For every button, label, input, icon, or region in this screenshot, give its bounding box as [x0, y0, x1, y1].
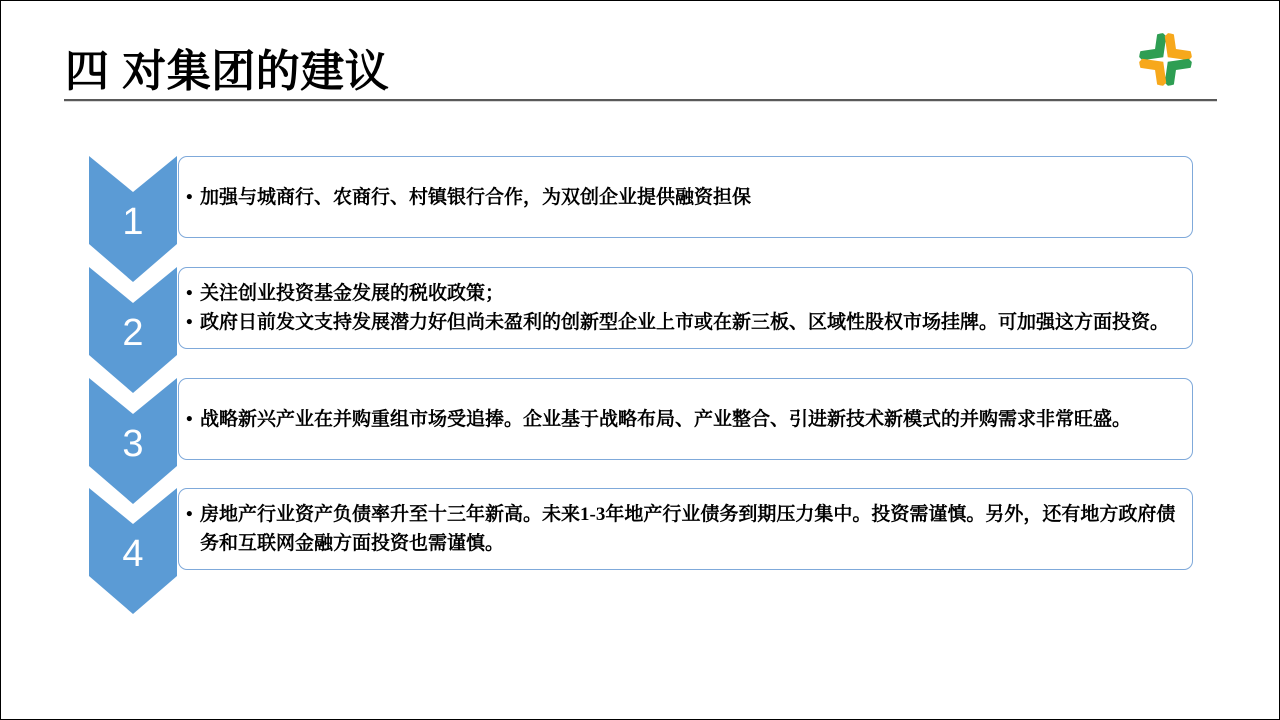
bullet-icon: • — [186, 500, 200, 529]
bullet-list: •战略新兴产业在并购重组市场受追捧。企业基于战略布局、产业整合、引进新技术新模式… — [186, 405, 1180, 434]
bullet-list: •加强与城商行、农商行、村镇银行合作，为双创企业提供融资担保 — [186, 183, 1180, 212]
presentation-slide: 四 对集团的建议 1 •加强与城商行、农商行、村镇银行合作，为双创企业提供融资担… — [0, 0, 1280, 720]
recommendation-box: •战略新兴产业在并购重组市场受追捧。企业基于战略布局、产业整合、引进新技术新模式… — [178, 378, 1193, 460]
bullet-line: •政府日前发文支持发展潜力好但尚未盈利的创新型企业上市或在新三板、区域性股权市场… — [186, 308, 1180, 337]
bullet-text: 房地产行业资产负债率升至十三年新高。未来1-3年地产行业债务到期压力集中。投资需… — [200, 500, 1180, 558]
step-chevron: 2 — [89, 267, 177, 393]
bullet-icon: • — [186, 405, 200, 434]
step-number: 3 — [89, 425, 177, 463]
step-chevron: 1 — [89, 156, 177, 282]
recommendation-box: •关注创业投资基金发展的税收政策；•政府日前发文支持发展潜力好但尚未盈利的创新型… — [178, 267, 1193, 349]
recommendation-list: 1 •加强与城商行、农商行、村镇银行合作，为双创企业提供融资担保 2 •关注创业… — [1, 1, 1279, 719]
bullet-icon: • — [186, 183, 200, 212]
bullet-text: 政府日前发文支持发展潜力好但尚未盈利的创新型企业上市或在新三板、区域性股权市场挂… — [200, 308, 1180, 337]
recommendation-box: •房地产行业资产负债率升至十三年新高。未来1-3年地产行业债务到期压力集中。投资… — [178, 488, 1193, 570]
bullet-icon: • — [186, 308, 200, 337]
recommendation-box: •加强与城商行、农商行、村镇银行合作，为双创企业提供融资担保 — [178, 156, 1193, 238]
step-number: 4 — [89, 535, 177, 573]
bullet-list: •房地产行业资产负债率升至十三年新高。未来1-3年地产行业债务到期压力集中。投资… — [186, 500, 1180, 558]
step-number: 1 — [89, 203, 177, 241]
step-number: 2 — [89, 314, 177, 352]
bullet-icon: • — [186, 279, 200, 308]
bullet-text: 战略新兴产业在并购重组市场受追捧。企业基于战略布局、产业整合、引进新技术新模式的… — [200, 405, 1180, 434]
bullet-line: •房地产行业资产负债率升至十三年新高。未来1-3年地产行业债务到期压力集中。投资… — [186, 500, 1180, 558]
bullet-line: •战略新兴产业在并购重组市场受追捧。企业基于战略布局、产业整合、引进新技术新模式… — [186, 405, 1180, 434]
step-chevron: 4 — [89, 488, 177, 614]
step-chevron: 3 — [89, 378, 177, 504]
bullet-text: 加强与城商行、农商行、村镇银行合作，为双创企业提供融资担保 — [200, 183, 1180, 212]
bullet-list: •关注创业投资基金发展的税收政策；•政府日前发文支持发展潜力好但尚未盈利的创新型… — [186, 279, 1180, 337]
bullet-text: 关注创业投资基金发展的税收政策； — [200, 279, 1180, 308]
bullet-line: •加强与城商行、农商行、村镇银行合作，为双创企业提供融资担保 — [186, 183, 1180, 212]
bullet-line: •关注创业投资基金发展的税收政策； — [186, 279, 1180, 308]
